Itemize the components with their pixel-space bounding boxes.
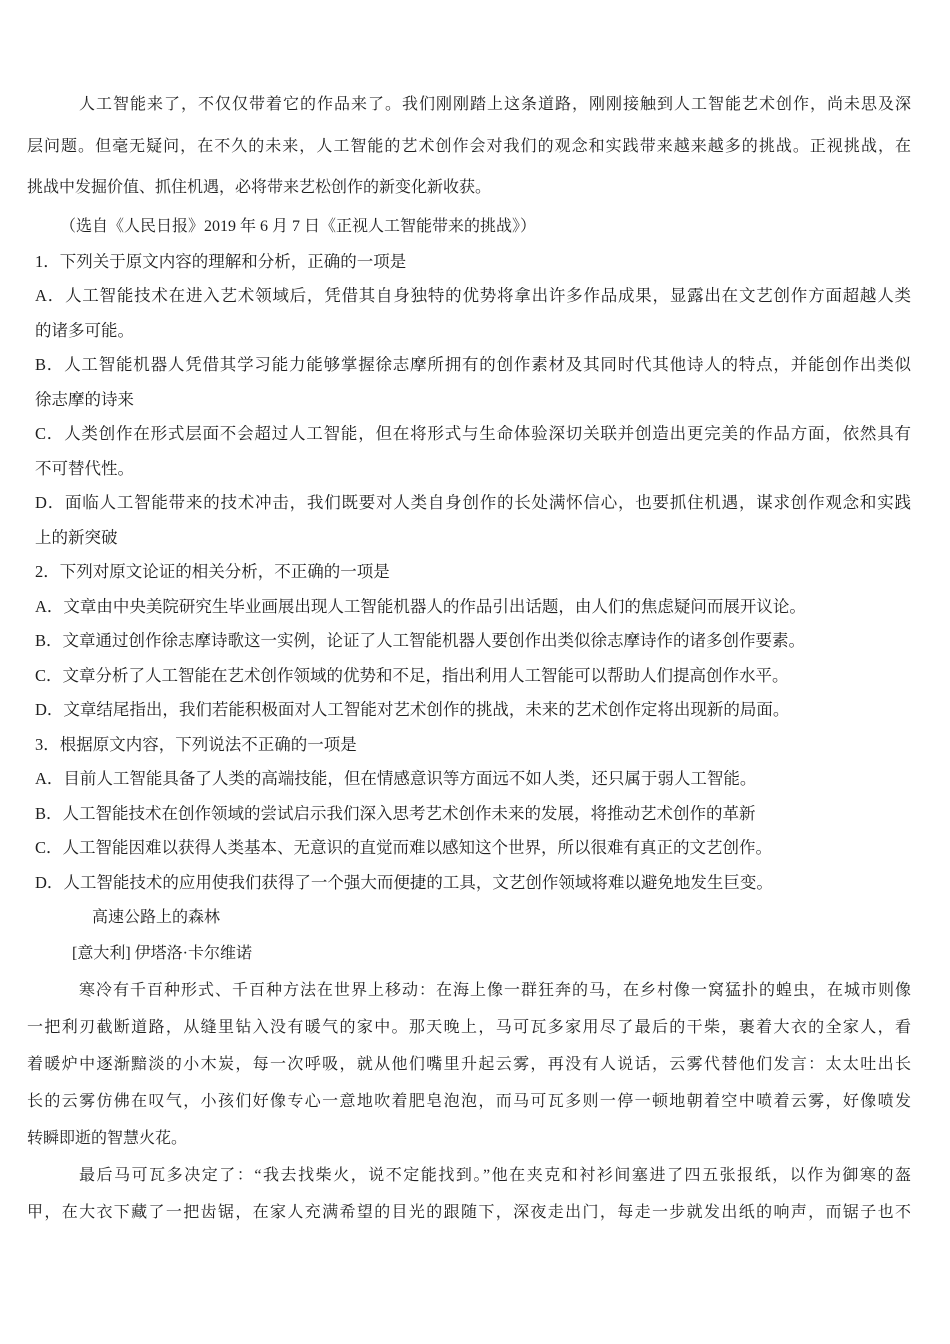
option-line: A．目前人工智能具备了人类的高端技能，但在情感意识等方面远不如人类，还只属于弱人… — [35, 762, 911, 797]
question-1: 1．下列关于原文内容的理解和分析，正确的一项是A．人工智能技术在进入艺术领域后，… — [27, 245, 911, 556]
story-title: 高速公路上的森林 — [27, 900, 911, 936]
passage-line: 层问题。但毫无疑问，在不久的未来，人工智能的艺术创作会对我们的观念和实践带来越来… — [27, 126, 911, 168]
option-line: A．人工智能技术在进入艺术领域后，凭借其自身独特的优势将拿出许多作品成果，显露出… — [35, 279, 911, 314]
story-author-text: [意大利] 伊塔洛·卡尔维诺 — [27, 936, 911, 972]
option-line: B．文章通过创作徐志摩诗歌这一实例，论证了人工智能机器人要创作出类似徐志摩诗作的… — [35, 624, 911, 659]
question-stem: 1．下列关于原文内容的理解和分析，正确的一项是 — [35, 245, 911, 280]
document-page: 人工智能来了，不仅仅带着它的作品来了。我们刚刚踏上这条道路，刚刚接触到人工智能艺… — [0, 0, 950, 1344]
option-line: C．文章分析了人工智能在艺术创作领域的优势和不足，指出利用人工智能可以帮助人们提… — [35, 659, 911, 694]
option-line: 上的新突破 — [35, 521, 911, 556]
story-line: 甲，在大衣下藏了一把齿锯，在家人充满希望的目光的跟随下，深夜走出门，每走一步就发… — [27, 1194, 911, 1231]
story-line: 转瞬即逝的智慧火花。 — [27, 1120, 911, 1157]
story-line: 寒冷有千百种形式、千百种方法在世界上移动：在海上像一群狂奔的马，在乡村像一窝猛扑… — [27, 972, 911, 1009]
source-line: （选自《人民日报》2019 年 6 月 7 日《正视人工智能带来的挑战》） — [27, 209, 911, 245]
option-line: C．人类创作在形式层面不会超过人工智能，但在将形式与生命体验深切关联并创造出更完… — [35, 417, 911, 452]
option-line: D．文章结尾指出，我们若能积极面对人工智能对艺术创作的挑战，未来的艺术创作定将出… — [35, 693, 911, 728]
question-2: 2．下列对原文论证的相关分析，不正确的一项是A．文章由中央美院研究生毕业画展出现… — [27, 555, 911, 728]
option-line: B．人工智能机器人凭借其学习能力能够掌握徐志摩所拥有的创作素材及其同时代其他诗人… — [35, 348, 911, 383]
passage-line: 人工智能来了，不仅仅带着它的作品来了。我们刚刚踏上这条道路，刚刚接触到人工智能艺… — [27, 84, 911, 126]
option-line: B．人工智能技术在创作领域的尝试启示我们深入思考艺术创作未来的发展，将推动艺术创… — [35, 797, 911, 832]
story-paragraph-2: 最后马可瓦多决定了：“我去找柴火，说不定能找到。”他在夹克和衬衫间塞进了四五张报… — [27, 1157, 911, 1231]
story-line: 长的云雾仿佛在叹气，小孩们好像专心一意地吹着肥皂泡泡，而马可瓦多则一停一顿地朝着… — [27, 1083, 911, 1120]
passage-paragraph: 人工智能来了，不仅仅带着它的作品来了。我们刚刚踏上这条道路，刚刚接触到人工智能艺… — [27, 84, 911, 209]
option-line: D．面临人工智能带来的技术冲击，我们既要对人类自身创作的长处满怀信心，也要抓住机… — [35, 486, 911, 521]
story-author: [意大利] 伊塔洛·卡尔维诺 — [27, 936, 911, 972]
option-line: C．人工智能因难以获得人类基本、无意识的直觉而难以感知这个世界，所以很难有真正的… — [35, 831, 911, 866]
story-title-text: 高速公路上的森林 — [27, 900, 911, 936]
story-paragraph-1: 寒冷有千百种形式、千百种方法在世界上移动：在海上像一群狂奔的马，在乡村像一窝猛扑… — [27, 972, 911, 1157]
option-line: D．人工智能技术的应用使我们获得了一个强大而便捷的工具，文艺创作领域将难以避免地… — [35, 866, 911, 901]
story-line: 最后马可瓦多决定了：“我去找柴火，说不定能找到。”他在夹克和衬衫间塞进了四五张报… — [27, 1157, 911, 1194]
option-line: 的诸多可能。 — [35, 314, 911, 349]
question-stem: 2．下列对原文论证的相关分析，不正确的一项是 — [35, 555, 911, 590]
passage-line: 挑战中发掘价值、抓住机遇，必将带来艺松创作的新变化新收获。 — [27, 167, 911, 209]
option-line: A．文章由中央美院研究生毕业画展出现人工智能机器人的作品引出话题，由人们的焦虑疑… — [35, 590, 911, 625]
question-stem: 3．根据原文内容，下列说法不正确的一项是 — [35, 728, 911, 763]
passage-source: （选自《人民日报》2019 年 6 月 7 日《正视人工智能带来的挑战》） — [27, 209, 911, 245]
story-line: 一把利刃截断道路，从缝里钻入没有暖气的家中。那天晚上，马可瓦多家用尽了最后的干柴… — [27, 1009, 911, 1046]
option-line: 不可替代性。 — [35, 452, 911, 487]
story-line: 着暖炉中逐渐黯淡的小木炭，每一次呼吸，就从他们嘴里升起云雾，再没有人说话，云雾代… — [27, 1046, 911, 1083]
option-line: 徐志摩的诗来 — [35, 383, 911, 418]
question-3: 3．根据原文内容，下列说法不正确的一项是A．目前人工智能具备了人类的高端技能，但… — [27, 728, 911, 901]
